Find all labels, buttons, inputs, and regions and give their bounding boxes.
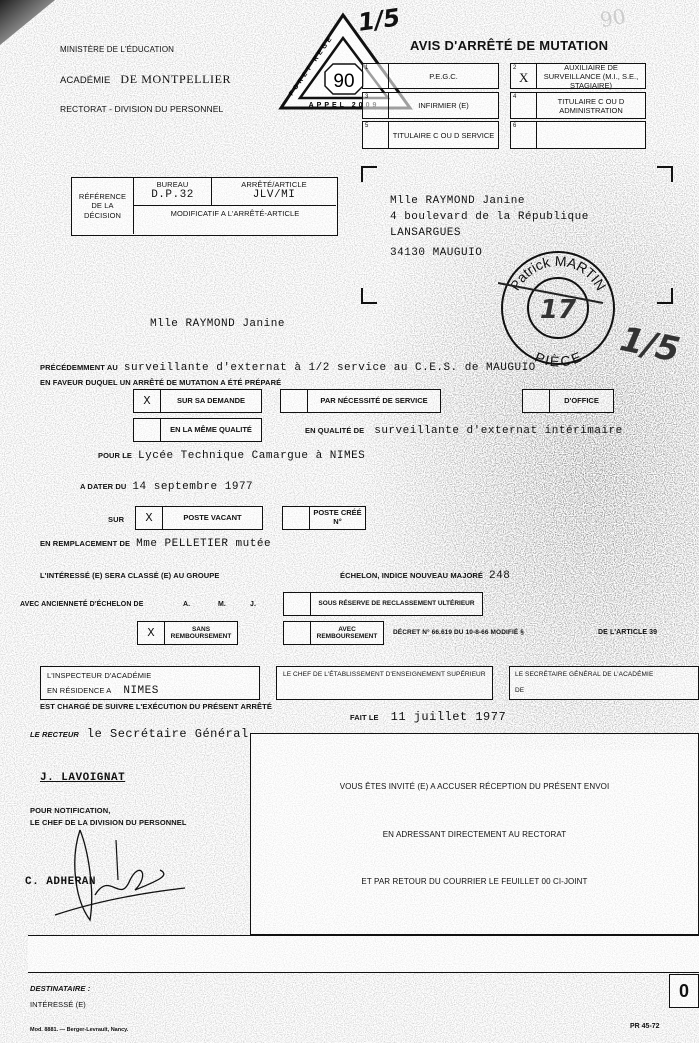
bureau-value: D.P.32 (134, 189, 211, 201)
blank-strip (28, 935, 699, 973)
motif-checkbox-1[interactable]: PAR NÉCESSITÉ DE SERVICE (280, 389, 441, 413)
remplacement-line: EN REMPLACEMENT DE Mme PELLETIER mutée (40, 538, 271, 550)
window-corner-tl (361, 166, 377, 182)
category-number: 3 (363, 93, 389, 118)
recteur-line: LE RECTEUR le Secrétaire Général (30, 727, 249, 741)
window-corner-bl (361, 288, 377, 304)
checkbox-mark (281, 390, 308, 412)
form-reference: PR 45-72 (630, 1023, 660, 1030)
handwritten-fraction-top: 1/5 (356, 3, 402, 37)
poste-checkbox-1[interactable]: POSTE CRÉÉ N° (282, 506, 366, 530)
academy-value: DE MONTPELLIER (120, 72, 231, 87)
arrete-prepare-label: EN FAVEUR DUQUEL UN ARRÊTÉ DE MUTATION A… (40, 378, 281, 387)
stamp-number: 90 (333, 71, 354, 92)
recipient-name: Mlle RAYMOND Janine (150, 318, 285, 330)
reserve-checkbox[interactable]: SOUS RÉSERVE DE RECLASSEMENT ULTÉRIEUR (283, 592, 483, 616)
fait-le-label: FAIT LE (350, 713, 379, 722)
echelon-label: ÉCHELON, INDICE NOUVEAU MAJORÉ (340, 571, 483, 580)
checkbox-mark: X (136, 507, 163, 529)
category-label: P.E.G.C. (389, 64, 498, 88)
precedemment-line: PRÉCÉDEMMENT AU surveillante d'externat … (40, 362, 536, 374)
pencil-note: 90 (598, 4, 627, 32)
precedemment-value: surveillante d'externat à 1/2 service au… (124, 362, 536, 374)
checkbox-label: SUR SA DEMANDE (161, 390, 261, 412)
inspecteur-box: L'INSPECTEUR D'ACADÉMIE EN RÉSIDENCE A N… (40, 666, 260, 700)
secretaire-de-label: DE (515, 687, 524, 694)
residence-label: EN RÉSIDENCE A (47, 686, 111, 695)
category-label: AUXILIAIRE DE SURVEILLANCE (M.I., S.E., … (537, 64, 645, 88)
checkbox-mark (523, 390, 550, 412)
checkbox-label: SOUS RÉSERVE DE RECLASSEMENT ULTÉRIEUR (311, 593, 482, 615)
checkbox-mark (283, 507, 310, 529)
article-label: DE L'ARTICLE 39 (598, 629, 657, 636)
checkbox-label: SANS REMBOURSEMENT (165, 622, 237, 644)
destinataire-label: DESTINATAIRE : (30, 984, 90, 993)
decret-label: DÉCRET N° 66.619 DU 10-8-66 MODIFIÉ § (393, 629, 524, 636)
category-2[interactable]: 2X AUXILIAIRE DE SURVEILLANCE (M.I., S.E… (510, 63, 646, 89)
modificatif-label: MODIFICATIF A L'ARRÊTÉ-ARTICLE (134, 209, 336, 218)
category-label: TITULAIRE C ou D ADMINISTRATION (537, 93, 645, 118)
checkbox-label: PAR NÉCESSITÉ DE SERVICE (308, 390, 440, 412)
category-6[interactable]: 6 (510, 121, 646, 149)
echelon-value: 248 (489, 570, 510, 582)
recteur-value: le Secrétaire Général (87, 727, 249, 741)
bureau-label: BUREAU (134, 180, 211, 189)
svg-text:PIÈCE: PIÈCE (533, 349, 584, 368)
pour-label: POUR LE (98, 451, 132, 460)
category-label: INFIRMIER (E) (389, 93, 498, 118)
page-title: AVIS D'ARRÊTÉ DE MUTATION (410, 38, 608, 53)
copy-number: 0 (669, 974, 699, 1008)
residence-value: NIMES (123, 685, 159, 697)
remboursement-checkbox-0[interactable]: X SANS REMBOURSEMENT (137, 621, 238, 645)
ministry-name: MINISTÈRE DE L'ÉDUCATION (60, 45, 174, 54)
address-line2: LANSARGUES (390, 225, 589, 241)
signature (50, 820, 190, 930)
notification-label: POUR NOTIFICATION, (30, 806, 110, 815)
checkbox-mark (284, 593, 311, 615)
reference-table: RÉFÉRENCE DE LA DÉCISION BUREAU D.P.32 A… (71, 177, 338, 236)
category-1[interactable]: 1 P.E.G.C. (362, 63, 499, 89)
academy-label: ACADÉMIE (60, 75, 110, 86)
academy-line: ACADÉMIE DE MONTPELLIER (60, 72, 231, 87)
checkbox-label: D'OFFICE (550, 390, 613, 412)
en-qualite-label: EN QUALITÉ DE (305, 426, 364, 435)
arrete-label: ARRÊTÉ/ARTICLE (212, 180, 336, 189)
anciennete-days: j. (250, 601, 256, 608)
chef-etablissement-box: LE CHEF DE L'ÉTABLISSEMENT D'ENSEIGNEMEN… (276, 666, 493, 700)
category-number: 1 (363, 64, 389, 88)
dater-line: A DATER DU 14 septembre 1977 (80, 481, 253, 493)
en-qualite-line: EN QUALITÉ DE surveillante d'externat in… (305, 425, 623, 437)
fait-le-value: 11 juillet 1977 (391, 710, 507, 724)
inspecteur-label: L'INSPECTEUR D'ACADÉMIE (47, 671, 151, 680)
arrete-cell: ARRÊTÉ/ARTICLE JLV/MI (212, 178, 336, 206)
category-number: 5 (363, 122, 389, 148)
chef-etablissement-label: LE CHEF DE L'ÉTABLISSEMENT D'ENSEIGNEMEN… (283, 671, 486, 678)
secretaire-label: LE SECRÉTAIRE GÉNÉRAL DE L'ACADÉMIE (515, 671, 653, 678)
precedemment-label: PRÉCÉDEMMENT AU (40, 363, 118, 372)
category-number: 2X (511, 64, 537, 88)
window-corner-tr (657, 166, 673, 182)
notice-line2: EN ADRESSANT DIRECTEMENT AU RECTORAT (251, 830, 698, 839)
reference-label: RÉFÉRENCE DE LA DÉCISION (72, 178, 134, 234)
category-label: TITULAIRE C ou D SERVICE (389, 122, 498, 148)
echelon-line: ÉCHELON, INDICE NOUVEAU MAJORÉ 248 (340, 570, 510, 582)
en-qualite-value: surveillante d'externat intérimaire (374, 425, 623, 437)
pour-value: Lycée Technique Camargue à NIMES (138, 450, 365, 462)
anciennete-years: a. (183, 601, 190, 608)
notice-line3: ET PAR RETOUR DU COURRIER LE FEUILLET 00… (251, 877, 698, 886)
category-number: 4 (511, 93, 537, 118)
remboursement-checkbox-1[interactable]: AVEC REMBOURSEMENT (283, 621, 384, 645)
address-name: Mlle RAYMOND Janine (390, 193, 589, 209)
motif-checkbox-0[interactable]: X SUR SA DEMANDE (133, 389, 262, 413)
checkbox-mark: X (134, 390, 161, 412)
checkbox-label: POSTE VACANT (163, 507, 262, 529)
checkbox-label: AVEC REMBOURSEMENT (311, 622, 383, 644)
checkbox-label: POSTE CRÉÉ N° (310, 507, 365, 529)
category-5[interactable]: 5 TITULAIRE C ou D SERVICE (362, 121, 499, 149)
category-4[interactable]: 4 TITULAIRE C ou D ADMINISTRATION (510, 92, 646, 119)
anciennete-months: m. (218, 601, 226, 608)
dater-value: 14 septembre 1977 (132, 481, 253, 493)
poste-checkbox-0[interactable]: X POSTE VACANT (135, 506, 263, 530)
destinataire-value: INTÉRESSÉ (E) (30, 1000, 86, 1009)
stamp-center: 17 (540, 295, 577, 325)
remplacement-label: EN REMPLACEMENT DE (40, 539, 130, 548)
category-label (537, 122, 645, 148)
checkbox-label: EN LA MÊME QUALITÉ (161, 419, 261, 441)
qualite-checkbox[interactable]: EN LA MÊME QUALITÉ (133, 418, 262, 442)
dater-label: A DATER DU (80, 482, 126, 491)
checkbox-mark (134, 419, 161, 441)
classe-label: L'INTÉRESSÉ (E) SERA CLASSÉ (E) AU GROUP… (40, 571, 220, 580)
charge-label: EST CHARGÉ DE SUIVRE L'EXÉCUTION DU PRÉS… (40, 702, 272, 711)
category-mark: X (519, 70, 528, 86)
secretaire-box: LE SECRÉTAIRE GÉNÉRAL DE L'ACADÉMIE DE (509, 666, 699, 700)
window-corner-br (657, 288, 673, 304)
arrete-value: JLV/MI (212, 189, 336, 201)
address-line1: 4 boulevard de la République (390, 209, 589, 225)
bureau-cell: BUREAU D.P.32 (134, 178, 212, 206)
notice-line1: VOUS ÊTES INVITÉ (E) A ACCUSER RÉCEPTION… (251, 782, 698, 791)
recteur-signatory-name: J. LAVOIGNAT (40, 772, 125, 784)
sur-label: SUR (108, 515, 124, 524)
category-3[interactable]: 3 INFIRMIER (E) (362, 92, 499, 119)
stamp-bottom-text-round: PIÈCE (533, 349, 584, 368)
anciennete-label: AVEC ANCIENNETÉ D'ÉCHELON DE (20, 601, 143, 608)
recteur-label: LE RECTEUR (30, 730, 79, 739)
printer-imprint: Mod. 8881. — Berger-Levrault, Nancy. (30, 1027, 128, 1033)
pour-line: POUR LE Lycée Technique Camargue à NIMES (98, 450, 365, 462)
residence-line: EN RÉSIDENCE A NIMES (47, 685, 159, 697)
division-name: RECTORAT - DIVISION DU PERSONNEL (60, 104, 223, 114)
checkbox-mark: X (138, 622, 165, 644)
category-number: 6 (511, 122, 537, 148)
checkbox-mark (284, 622, 311, 644)
remplacement-value: Mme PELLETIER mutée (136, 538, 271, 550)
fait-le-line: FAIT LE 11 juillet 1977 (350, 710, 506, 724)
round-stamp: Patrick MARTIN PIÈCE 17 (498, 248, 618, 368)
handwritten-fraction-right: 1/5 (616, 319, 683, 371)
motif-checkbox-2[interactable]: D'OFFICE (522, 389, 614, 413)
notice-box: VOUS ÊTES INVITÉ (E) A ACCUSER RÉCEPTION… (250, 733, 699, 935)
